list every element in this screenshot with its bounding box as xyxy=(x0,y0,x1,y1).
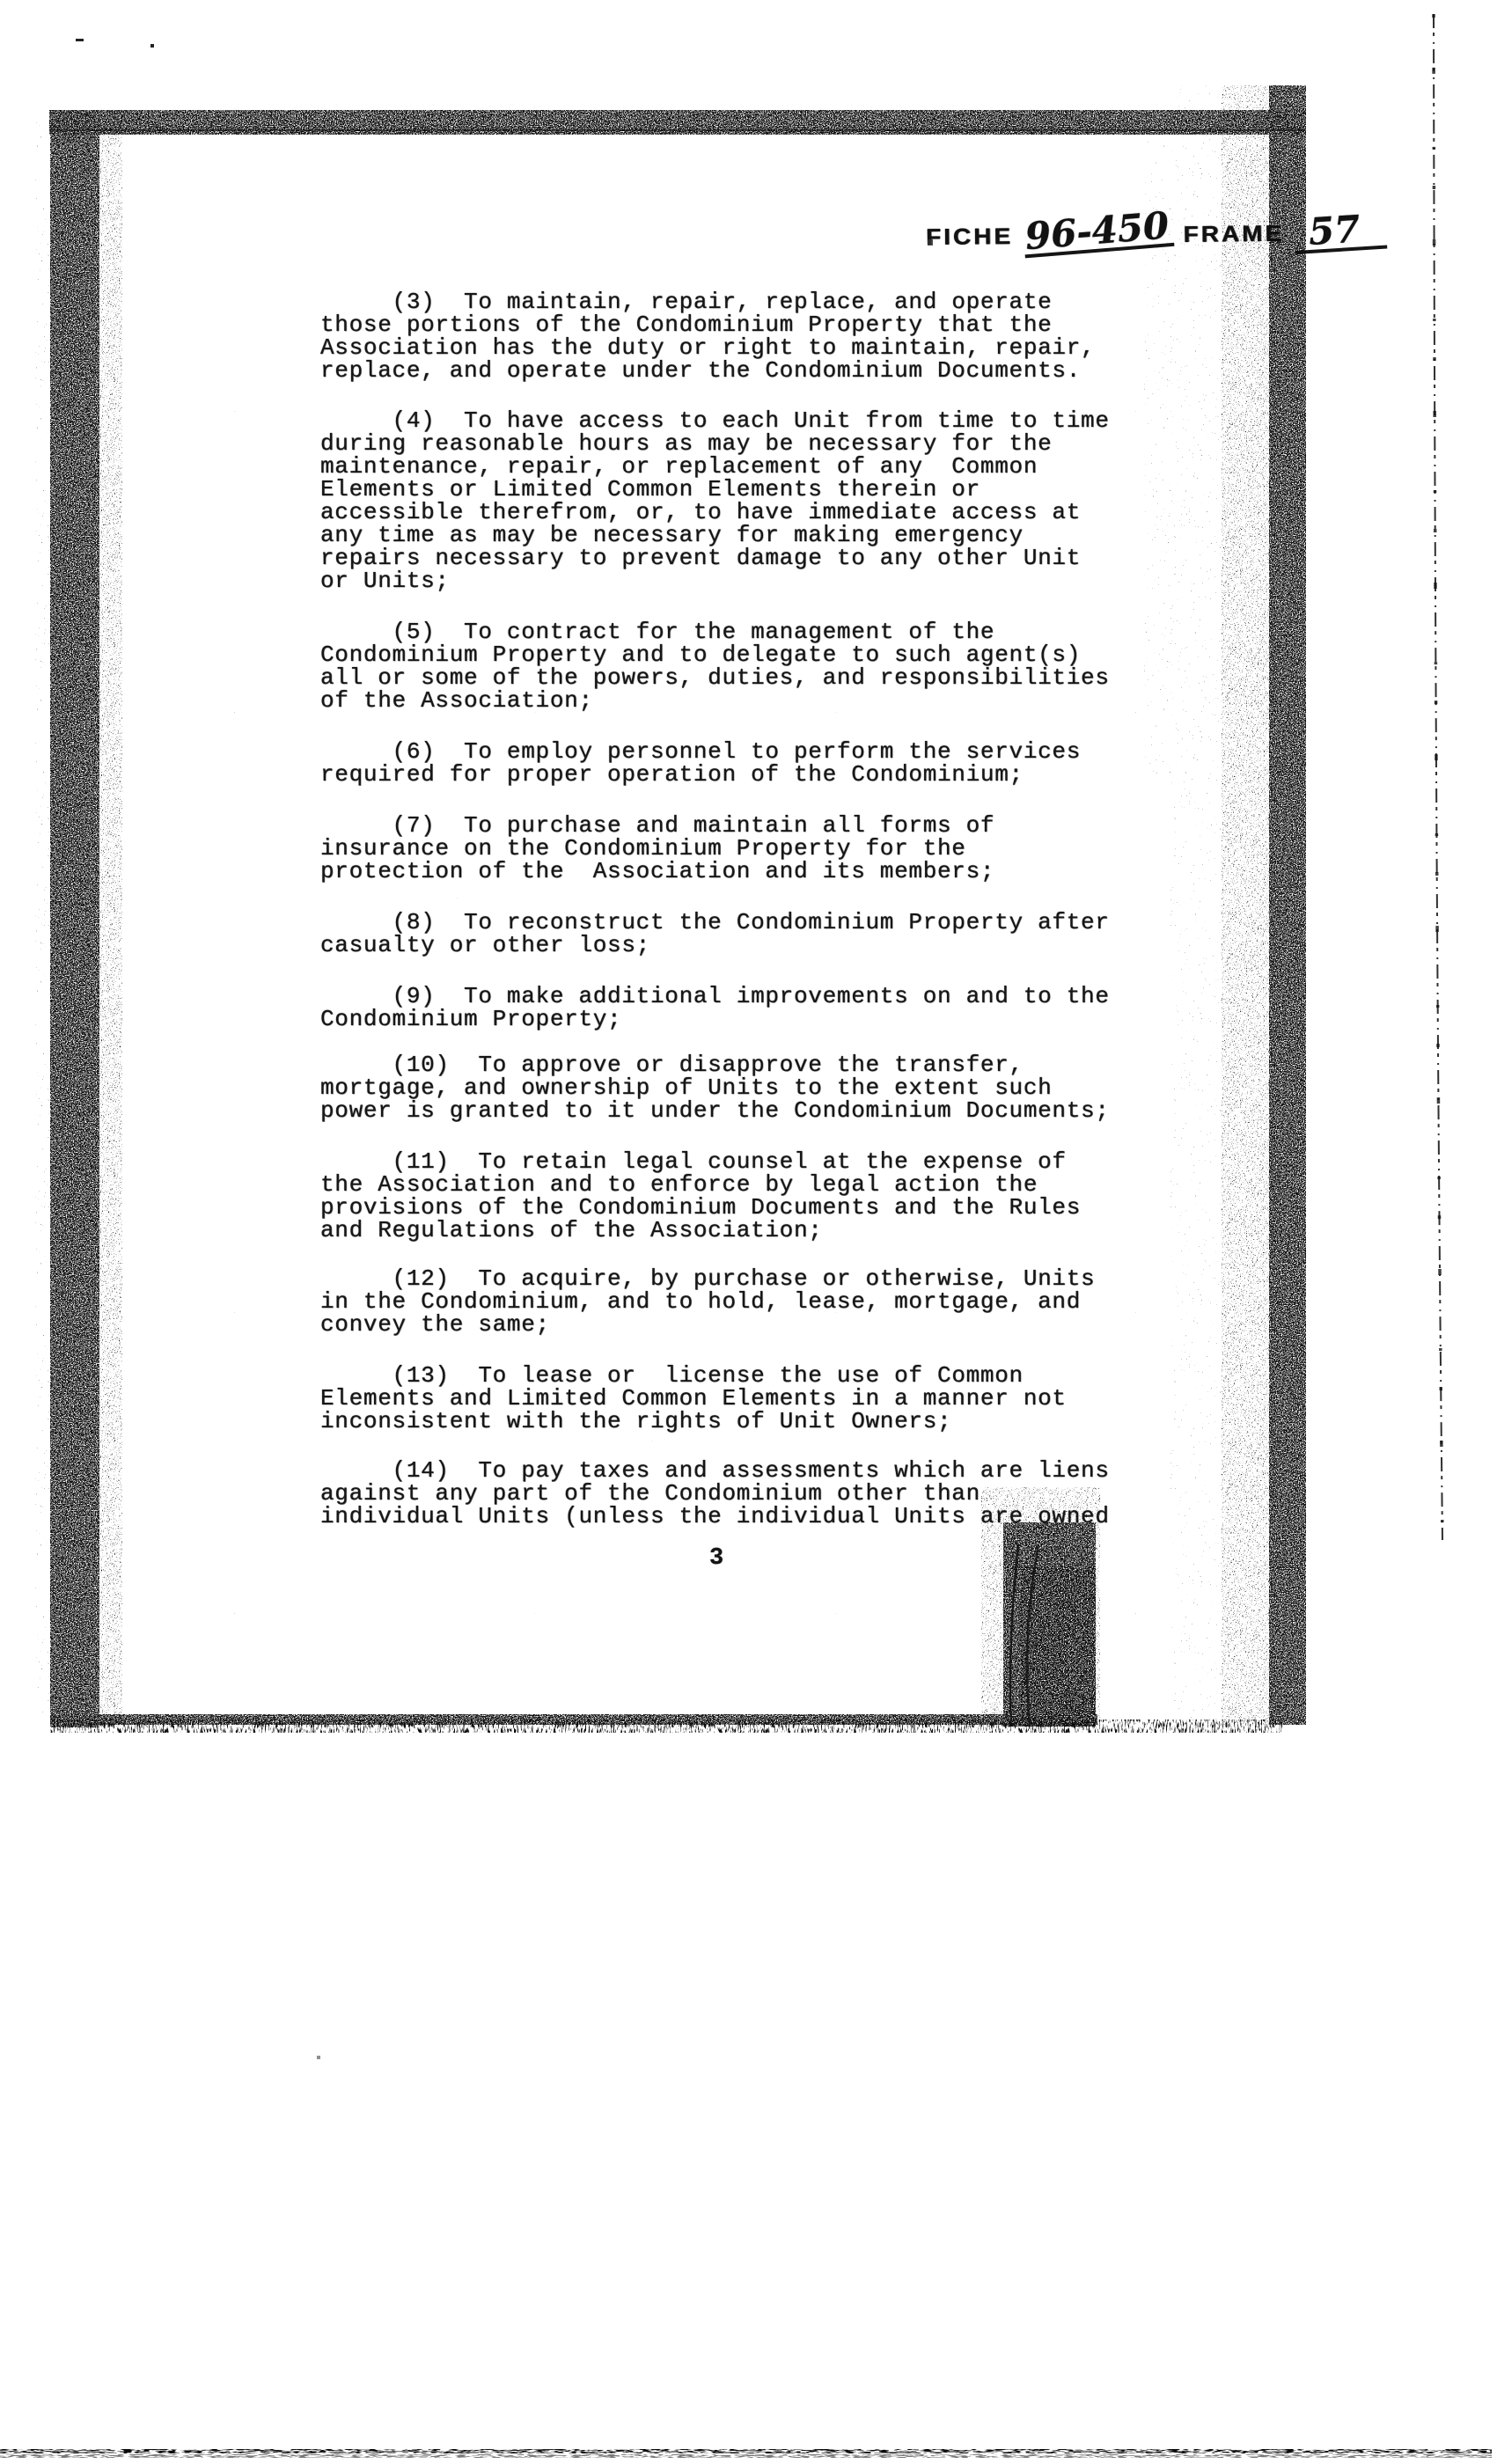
fiche-number-handwritten: 96-450 xyxy=(1023,210,1174,258)
scan-crease-line-2 xyxy=(1027,1544,1038,1727)
scan-blotch-darkest xyxy=(1021,1566,1096,1727)
scan-bottom-dashed-line-2 xyxy=(0,2454,1492,2458)
paragraph-14: (14) To pay taxes and assessments which … xyxy=(320,1459,1139,1528)
stray-mark-top-left-dot xyxy=(150,44,154,48)
film-scratch-blotches xyxy=(1434,14,1442,1540)
scanned-document-page: FICHE 96-450 FRAME 57 (3) To maintain, r… xyxy=(0,0,1497,2464)
scan-bottom-dashed-line xyxy=(0,2449,1492,2453)
paragraph-11: (11) To retain legal counsel at the expe… xyxy=(320,1150,1139,1242)
stray-mark-top-left-dash xyxy=(76,39,84,41)
scan-noise-left-strip xyxy=(50,110,99,1727)
paragraph-5: (5) To contract for the management of th… xyxy=(320,620,1139,712)
paragraph-7: (7) To purchase and maintain all forms o… xyxy=(320,814,1139,883)
paragraph-6: (6) To employ personnel to perform the s… xyxy=(320,740,1139,786)
film-scratch-line xyxy=(1434,14,1442,1540)
scan-noise-top-band-edge xyxy=(49,127,1306,134)
frame-number-handwritten: 57 xyxy=(1294,213,1388,254)
paragraph-3: (3) To maintain, repair, replace, and op… xyxy=(320,290,1139,382)
scan-noise-left-fade-inner xyxy=(99,110,122,1727)
scan-blotch-core xyxy=(1003,1522,1096,1727)
page-number: 3 xyxy=(709,1545,723,1572)
scan-noise-left-fade-outer xyxy=(35,114,51,1723)
paragraph-12: (12) To acquire, by purchase or otherwis… xyxy=(320,1267,1139,1336)
scan-noise-right-strip xyxy=(1222,85,1276,1725)
scan-noise-bottom-band xyxy=(50,1714,1097,1725)
scan-noise-top-band-line xyxy=(49,129,1306,131)
scan-crease-line-1 xyxy=(1010,1544,1018,1727)
paragraph-13: (13) To lease or license the use of Comm… xyxy=(320,1364,1139,1433)
paragraph-10: (10) To approve or disapprove the transf… xyxy=(320,1053,1139,1122)
scan-noise-top-band xyxy=(49,110,1306,135)
fiche-label: FICHE xyxy=(926,224,1013,250)
fiche-frame-stamp: FICHE 96-450 FRAME 57 xyxy=(926,213,1387,253)
scan-noise-right-strip-dense xyxy=(1269,85,1306,1725)
paragraph-4: (4) To have access to each Unit from tim… xyxy=(320,409,1139,592)
scan-noise-right-fade xyxy=(1170,85,1223,1722)
frame-label: FRAME xyxy=(1183,221,1284,248)
paragraph-9: (9) To make additional improvements on a… xyxy=(320,985,1139,1030)
stray-mark-lower xyxy=(317,2056,320,2059)
paragraph-8: (8) To reconstruct the Condominium Prope… xyxy=(320,911,1139,957)
scan-noise-bottom-ticks xyxy=(50,1720,1282,1733)
